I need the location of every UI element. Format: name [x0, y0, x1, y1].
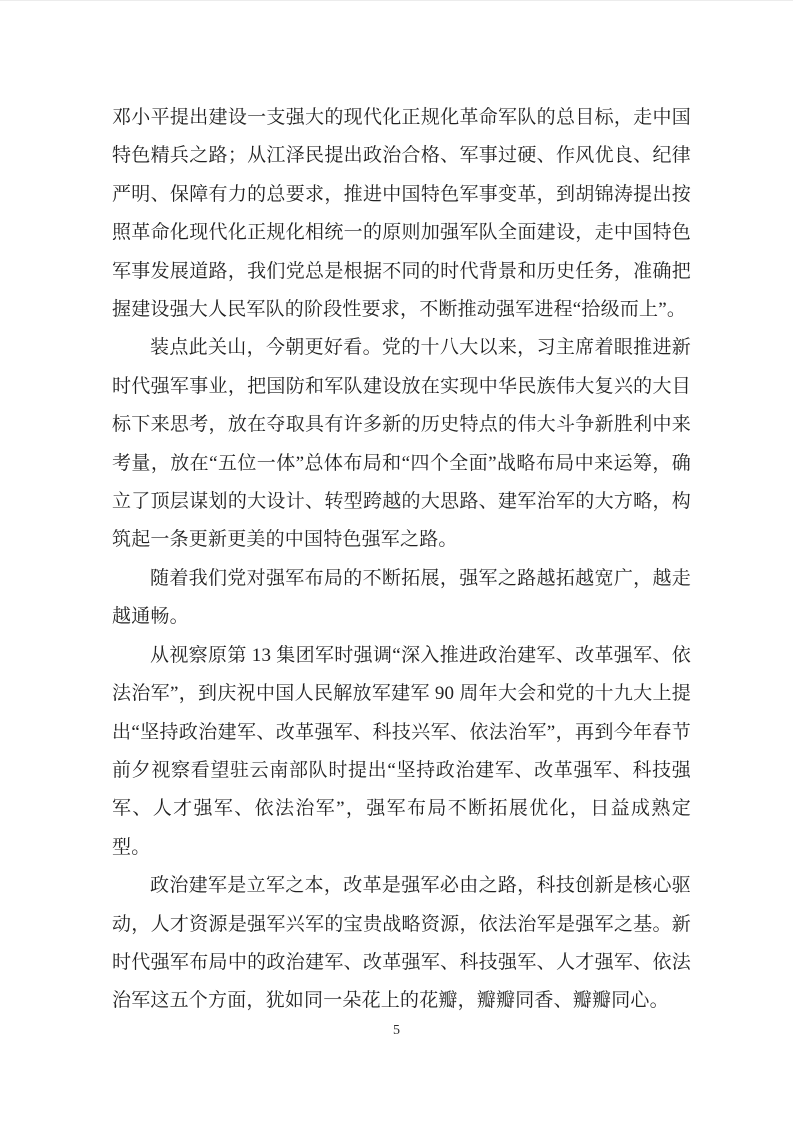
- paragraph: 邓小平提出建设一支强大的现代化正规化革命军队的总目标，走中国特色精兵之路；从江泽…: [112, 99, 691, 329]
- document-body: 邓小平提出建设一支强大的现代化正规化革命军队的总目标，走中国特色精兵之路；从江泽…: [112, 99, 691, 1021]
- paragraph: 政治建军是立军之本，改革是强军必由之路，科技创新是核心驱动，人才资源是强军兴军的…: [112, 867, 691, 1021]
- page-number: 5: [0, 1021, 793, 1041]
- paragraph: 从视察原第 13 集团军时强调“深入推进政治建军、改革强军、依法治军”，到庆祝中…: [112, 637, 691, 867]
- paragraph: 装点此关山，今朝更好看。党的十八大以来，习主席着眼推进新时代强军事业，把国防和军…: [112, 329, 691, 559]
- document-page: 邓小平提出建设一支强大的现代化正规化革命军队的总目标，走中国特色精兵之路；从江泽…: [0, 0, 793, 1122]
- paragraph: 随着我们党对强军布局的不断拓展，强军之路越拓越宽广，越走越通畅。: [112, 560, 691, 637]
